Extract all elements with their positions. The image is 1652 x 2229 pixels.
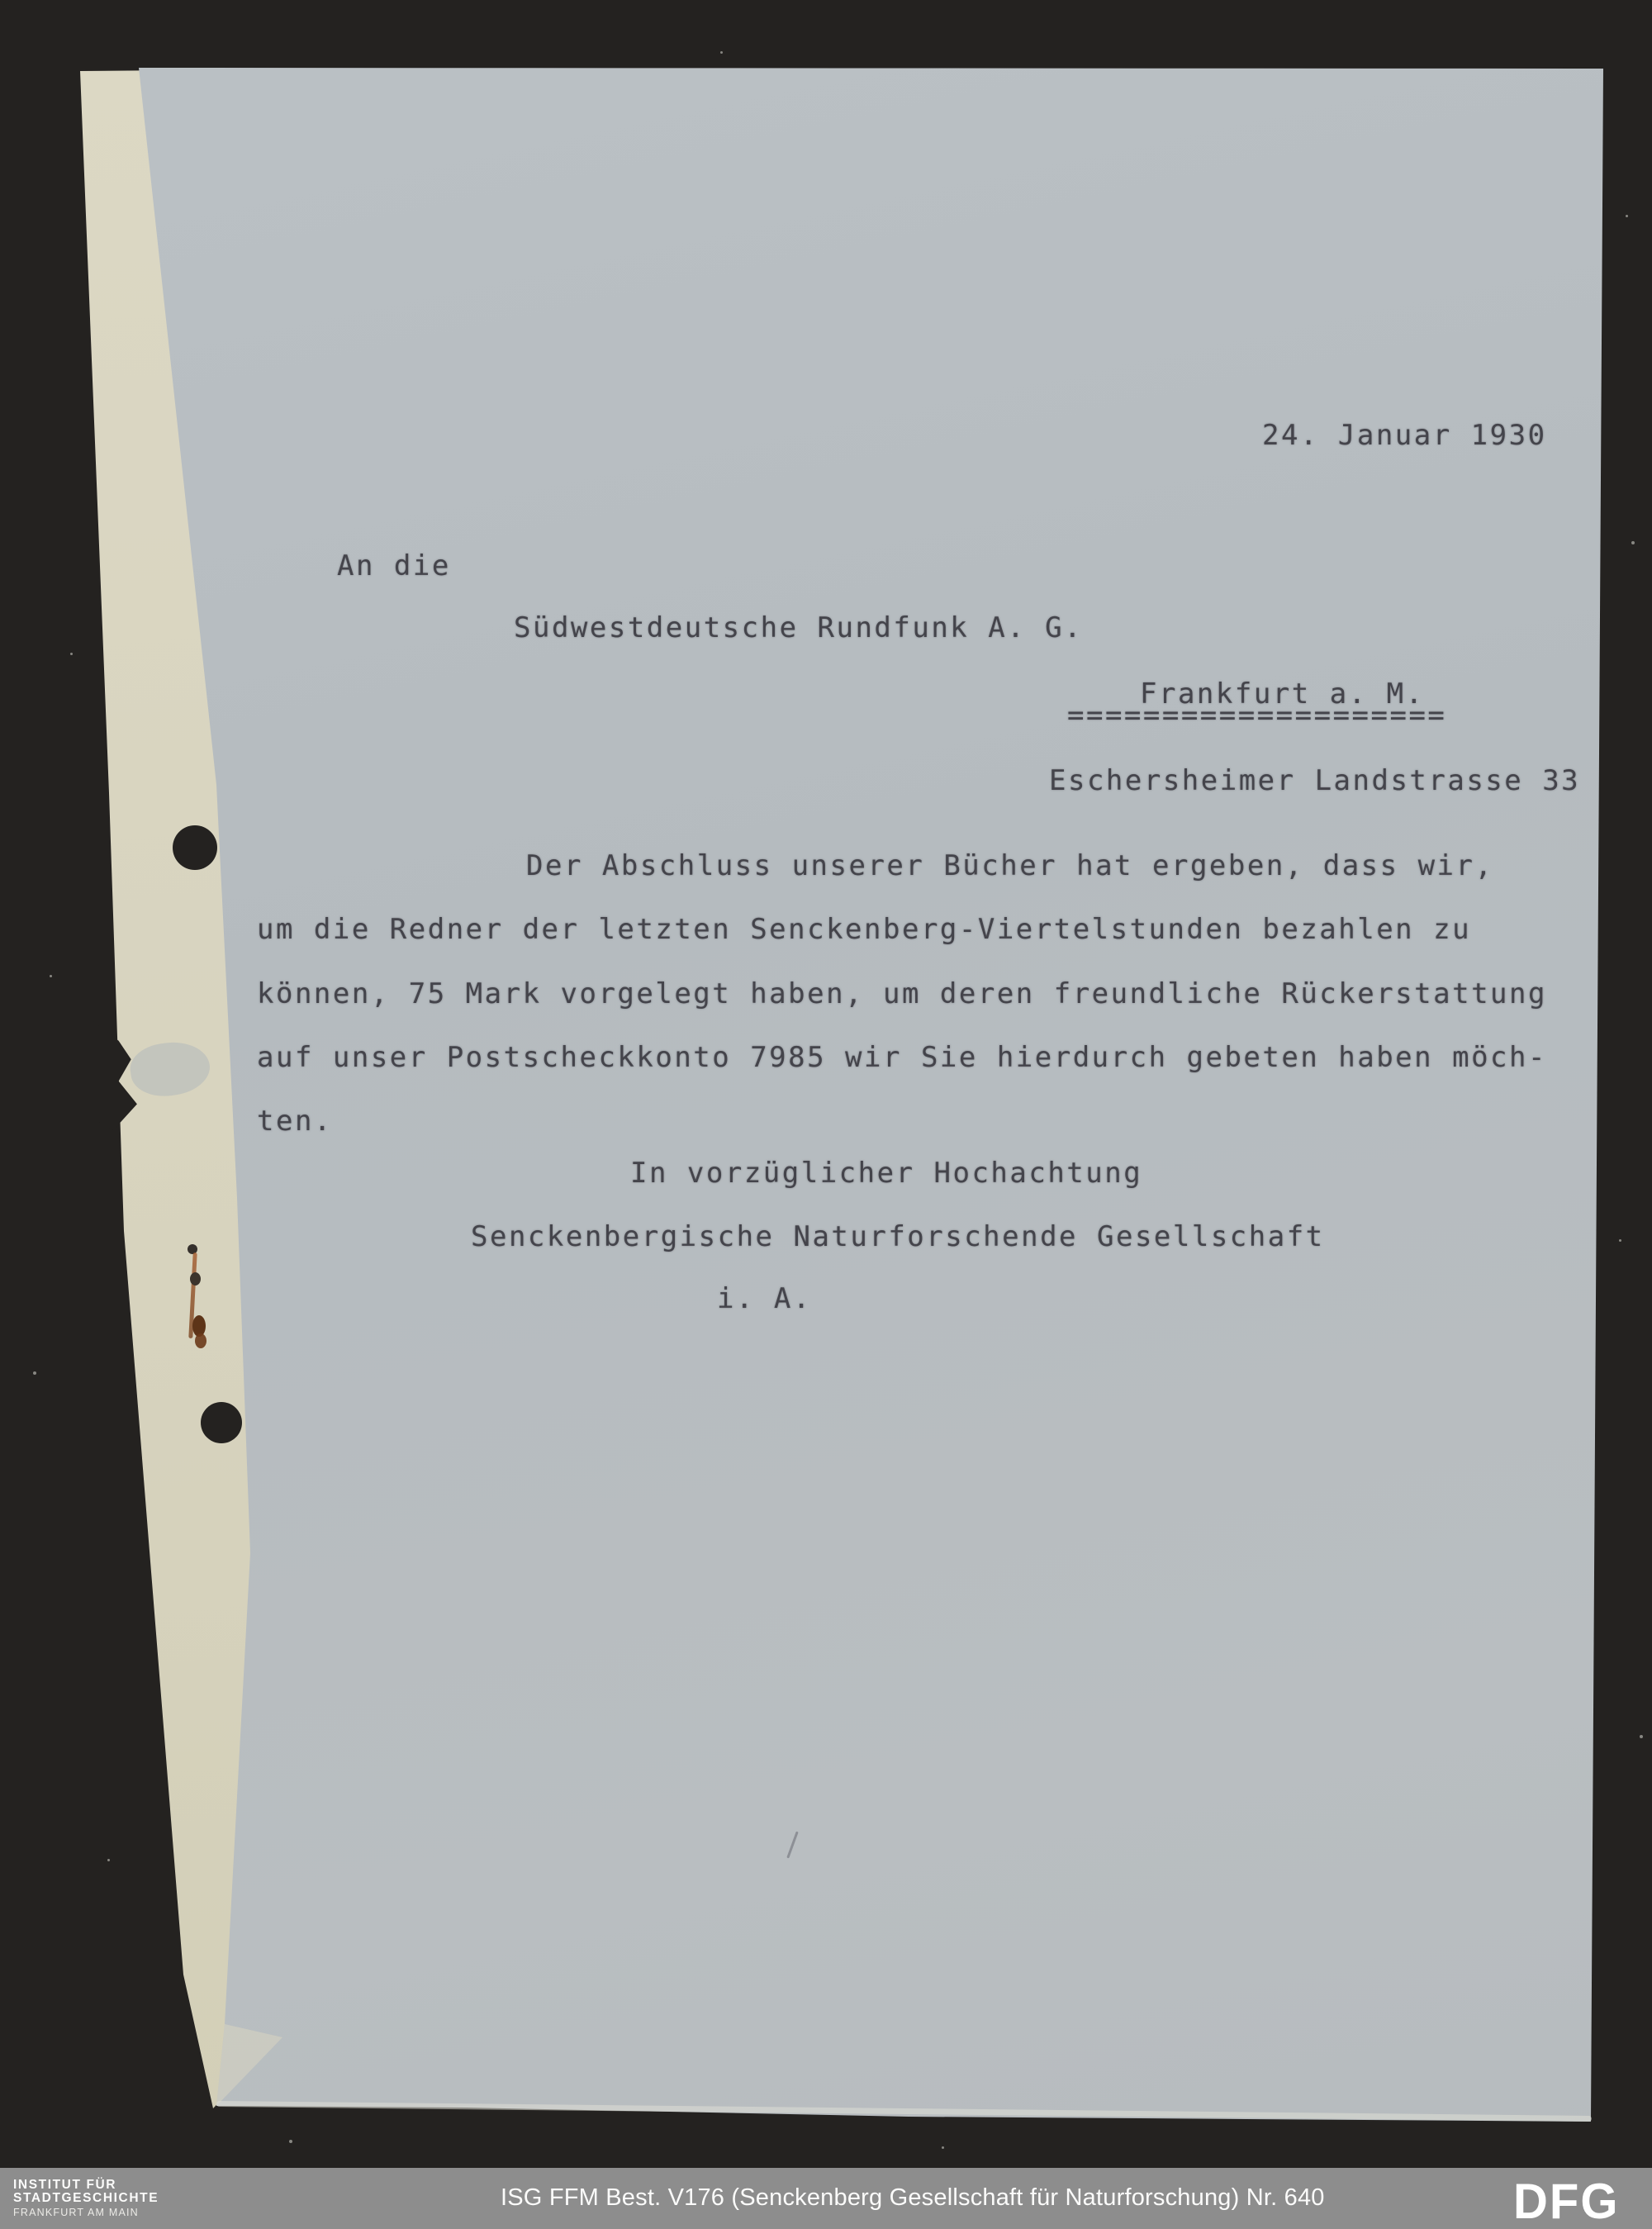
staple-rust-mark	[190, 1272, 201, 1286]
dust-speck	[33, 1371, 36, 1375]
staple-rust-mark	[195, 1333, 206, 1348]
letter-signature-ia: i. A.	[717, 1281, 812, 1316]
archive-scan-page: { "letter": { "date": "24. Januar 1930",…	[0, 0, 1652, 2229]
letter-body-line: ten.	[257, 1104, 333, 1138]
punch-hole-top	[173, 825, 217, 870]
dust-speck	[1631, 541, 1635, 544]
dust-speck	[720, 51, 723, 54]
letter-body-line: um die Redner der letzten Senckenberg-Vi…	[257, 912, 1471, 947]
institute-logo: INSTITUT FÜR STADTGESCHICHTE FRANKFURT A…	[13, 2179, 159, 2219]
archive-footer-bar: INSTITUT FÜR STADTGESCHICHTE FRANKFURT A…	[0, 2168, 1652, 2229]
dust-speck	[107, 1859, 110, 1861]
letter-date: 24. Januar 1930	[1262, 418, 1547, 453]
letter-recipient: Südwestdeutsche Rundfunk A. G.	[514, 611, 1083, 645]
institute-logo-line2: STADTGESCHICHTE	[13, 2192, 159, 2205]
letter-signature-org: Senckenbergische Naturforschende Gesells…	[471, 1219, 1325, 1254]
dust-speck	[1626, 215, 1628, 217]
dust-speck	[50, 975, 52, 977]
letter-city-underline: ====================	[1067, 698, 1446, 733]
institute-logo-line1: INSTITUT FÜR	[13, 2179, 159, 2192]
archive-reference: ISG FFM Best. V176 (Senckenberg Gesellsc…	[501, 2184, 1325, 2212]
dfg-logo: DFG	[1513, 2173, 1619, 2229]
letter-sheet	[0, 0, 1652, 2229]
letter-salutation: An die	[337, 549, 451, 583]
dust-speck	[1640, 1735, 1643, 1738]
letter-closing: In vorzüglicher Hochachtung	[630, 1156, 1142, 1191]
institute-logo-line3: FRANKFURT AM MAIN	[13, 2206, 159, 2219]
dust-speck	[1619, 1239, 1621, 1242]
punch-hole-bottom	[201, 1402, 242, 1443]
letter-body-line: können, 75 Mark vorgelegt haben, um dere…	[257, 977, 1547, 1011]
dust-speck	[942, 2146, 944, 2149]
dust-speck	[289, 2140, 292, 2143]
letter-street: Eschersheimer Landstrasse 33	[1049, 763, 1580, 798]
letter-body-line: Der Abschluss unserer Bücher hat ergeben…	[526, 848, 1493, 883]
dust-speck	[70, 653, 73, 655]
letter-body-line: auf unser Postscheckkonto 7985 wir Sie h…	[257, 1040, 1547, 1075]
